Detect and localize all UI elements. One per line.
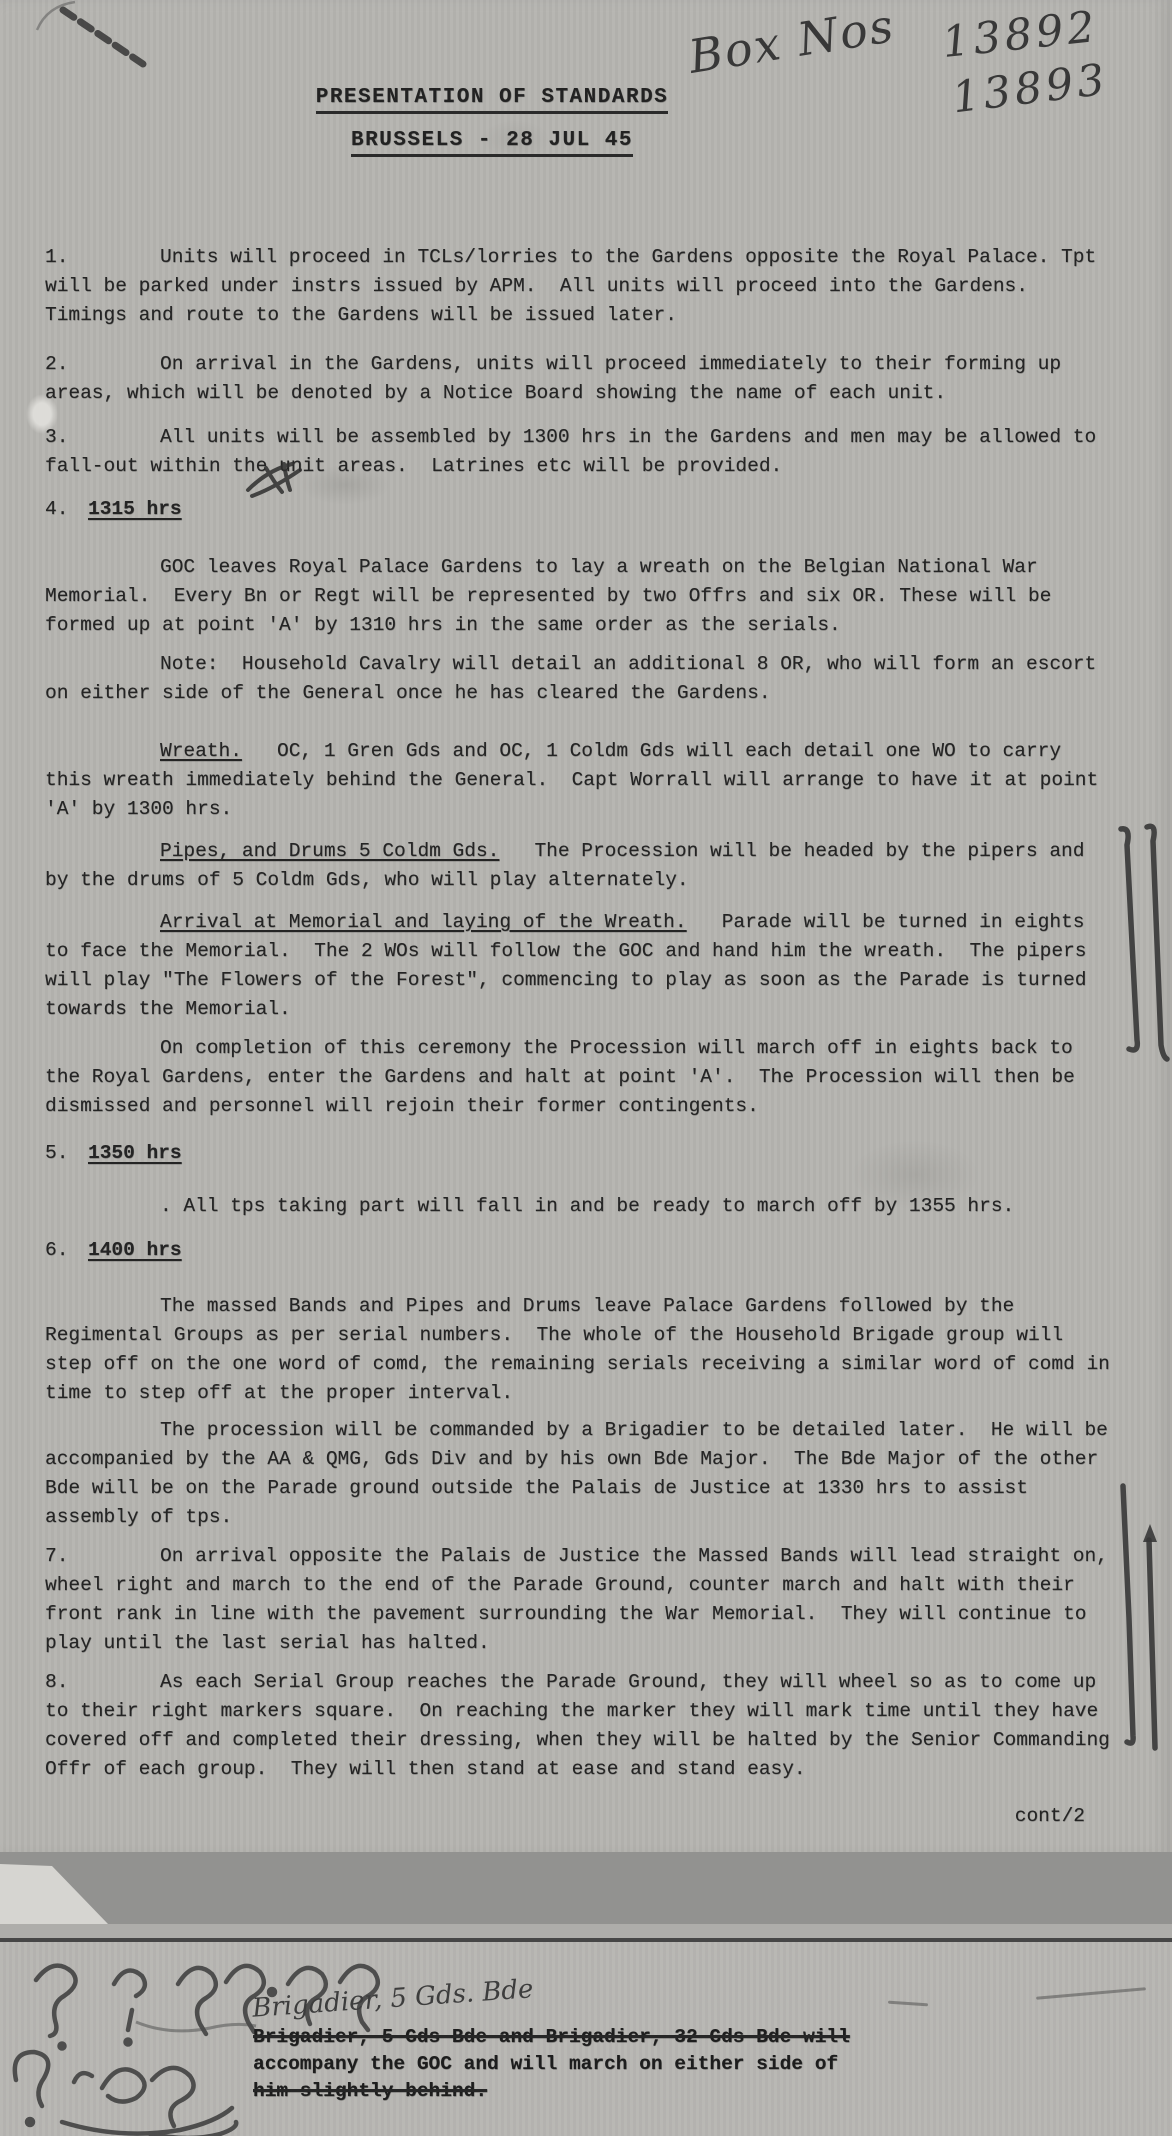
scanned-document: Box Nos 13892 13893 PRESENTATION OF STAN… — [0, 0, 1172, 2136]
page-title: PRESENTATION OF STANDARDS — [316, 86, 669, 114]
para-goc: GOC leaves Royal Palace Gardens to lay a… — [45, 553, 1110, 640]
para-1: 1.Units will proceed in TCLs/lorries to … — [45, 243, 1110, 330]
para-pipes: Pipes, and Drums 5 Coldm Gds. The Proces… — [45, 837, 1110, 895]
para-8: 8.As each Serial Group reaches the Parad… — [45, 1668, 1110, 1784]
backing-gap — [0, 1924, 1172, 1938]
page-subtitle: BRUSSELS - 28 JUL 45 — [351, 129, 633, 157]
para-7: 7.On arrival opposite the Palais de Just… — [45, 1542, 1110, 1658]
para-tps: . All tps taking part will fall in and b… — [45, 1192, 1110, 1221]
heading-5: 5.1350 hrs — [45, 1139, 1110, 1168]
para-wreath: Wreath. OC, 1 Gren Gds and OC, 1 Coldm G… — [45, 737, 1110, 824]
strip-line-3: him slightly behind. — [253, 2078, 850, 2105]
para-2: 2.On arrival in the Gardens, units will … — [45, 350, 1110, 408]
heading-6: 6.1400 hrs — [45, 1236, 1110, 1265]
para-3: 3.All units will be assembled by 1300 hr… — [45, 423, 1110, 481]
strip-line-2: accompany the GOC and will march on eith… — [253, 2051, 850, 2078]
para-bands: The massed Bands and Pipes and Drums lea… — [45, 1292, 1110, 1408]
heading-4: 4.1315 hrs — [45, 495, 1110, 524]
document-body: 1.Units will proceed in TCLs/lorries to … — [45, 243, 1110, 1831]
strip-line-1: Brigadier, 5 Gds Bde and Brigadier, 32 G… — [253, 2024, 850, 2051]
continuation-marker: cont/2 — [45, 1802, 1110, 1831]
document-header: PRESENTATION OF STANDARDS BRUSSELS - 28 … — [0, 86, 984, 157]
para-arrival: Arrival at Memorial and laying of the Wr… — [45, 908, 1110, 1024]
backing-band — [0, 1852, 1172, 1926]
strip-typed-text: Brigadier, 5 Gds Bde and Brigadier, 32 G… — [253, 2024, 850, 2105]
para-completion: On completion of this ceremony the Proce… — [45, 1034, 1110, 1121]
para-note: Note: Household Cavalry will detail an a… — [45, 650, 1110, 708]
para-procession: The procession will be commanded by a Br… — [45, 1416, 1110, 1532]
